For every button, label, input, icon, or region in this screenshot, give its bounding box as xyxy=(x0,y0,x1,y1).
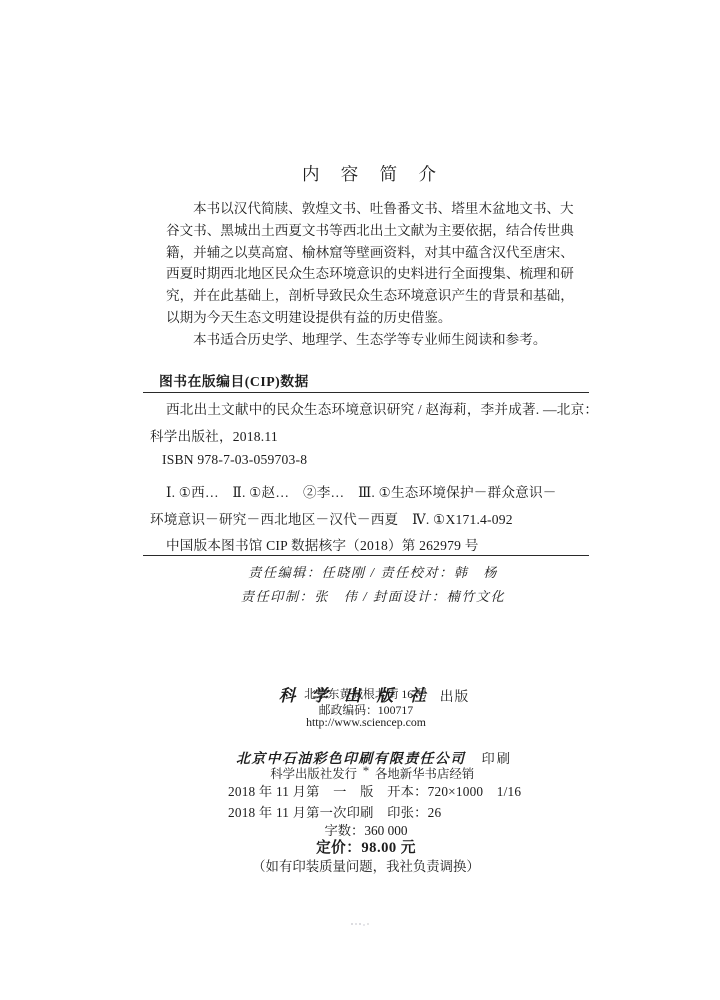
printing-line: 2018 年 11 月第一次印刷 印张：26 xyxy=(228,802,441,821)
cip-classification-line-2: 环境意识－研究－西北地区－汉代－西夏 Ⅳ. ①X171.4-092 xyxy=(150,508,513,528)
publisher-address: 北京东黄城根北街 16 号 xyxy=(10,685,720,702)
price-line: 定价：98.00 元 xyxy=(10,836,720,857)
cip-divider-bottom xyxy=(143,555,589,556)
quality-notice-line: （如有印装质量问题，我社负责调换） xyxy=(10,856,720,875)
separator-asterisk: * xyxy=(10,763,720,779)
intro-line: 籍，并辅之以莫高窟、榆林窟等壁画资料，对其中蕴含汉代至唐宋、 xyxy=(166,242,574,264)
isbn-line: ISBN 978-7-03-059703-8 xyxy=(162,452,307,468)
cip-record-number: 中国版本图书馆 CIP 数据核字（2018）第 262979 号 xyxy=(166,534,479,554)
cip-classification-line-1: Ⅰ. ①西… Ⅱ. ①赵… ②李… Ⅲ. ①生态环境保护－群众意识－ xyxy=(166,481,557,501)
credits-editors-line: 责任编辑：任晓刚 / 责任校对：韩 杨 xyxy=(150,562,596,581)
edition-line: 2018 年 11 月第 一 版 开本：720×1000 1/16 xyxy=(228,781,521,800)
cip-title-line: 西北出土文献中的民众生态环境意识研究 / 赵海莉，李并成著. —北京： xyxy=(166,398,598,418)
intro-line: 本书适合历史学、地理学、生态学等专业师生阅读和参考。 xyxy=(166,329,574,351)
intro-line: 究，并在此基础上，剖析导致民众生态环境意识产生的背景和基础， xyxy=(166,285,574,307)
content-summary-paragraph: 本书以汉代简牍、敦煌文书、吐鲁番文书、塔里木盆地文书、大 谷文书、黑城出土西夏文… xyxy=(166,198,574,351)
credits-print-design-line: 责任印制：张 伟 / 封面设计：楠竹文化 xyxy=(150,586,596,605)
intro-line: 本书以汉代简牍、敦煌文书、吐鲁番文书、塔里木盆地文书、大 xyxy=(166,198,574,220)
cip-publisher-line: 科学出版社，2018.11 xyxy=(150,425,278,445)
publisher-website: http://www.sciencep.com xyxy=(10,715,720,730)
cip-heading: 图书在版编目(CIP)数据 xyxy=(159,370,309,390)
intro-line: 以期为今天生态文明建设提供有益的历史借鉴。 xyxy=(166,307,574,329)
page-speck xyxy=(351,923,353,925)
intro-line: 西夏时期西北地区民众生态环境意识的史料进行全面搜集、梳理和研 xyxy=(166,263,574,285)
copyright-page: 内 容 简 介 本书以汉代简牍、敦煌文书、吐鲁番文书、塔里木盆地文书、大 谷文书… xyxy=(0,0,720,1000)
cip-divider-top xyxy=(143,392,589,393)
content-summary-title: 内 容 简 介 xyxy=(150,161,590,186)
intro-line: 谷文书、黑城出土西夏文书等西北出土文献为主要依据，结合传世典 xyxy=(166,220,574,242)
